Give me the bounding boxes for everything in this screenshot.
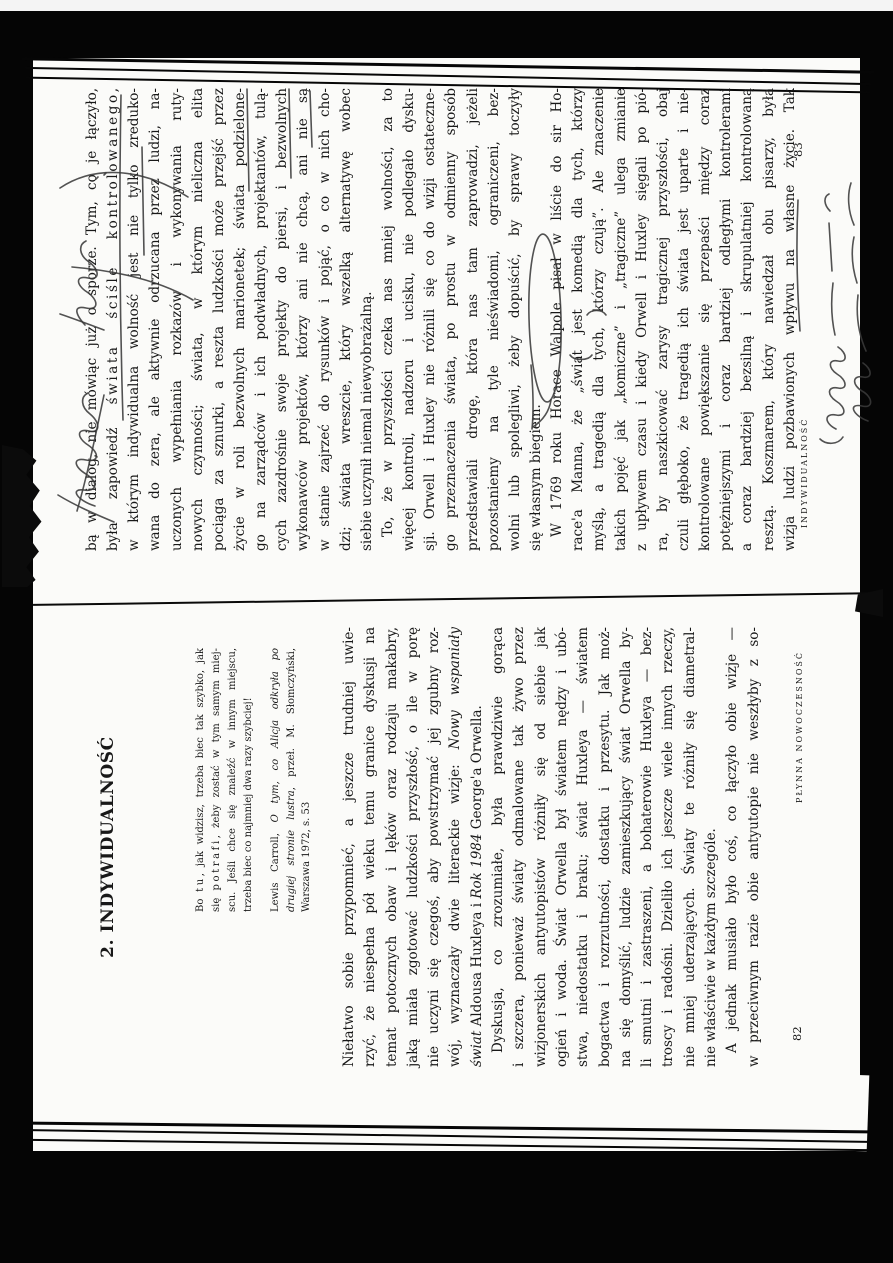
text-line: temat potocznych obaw i lęków oraz rodza… xyxy=(382,627,403,1067)
text-line: race'a Manna, że „świat jest komedią dla… xyxy=(568,88,589,551)
text-line: cych zazdrośnie swoje projekty do piersi… xyxy=(272,88,293,551)
scanned-book-page: 2. INDYWIDUALNOŚĆ Bo tu, jak widzisz, tr… xyxy=(0,0,893,1263)
body-text-right: bą w dialog, nie mówiąc już o sporze. Ty… xyxy=(82,88,801,551)
text-line: uczonych wypełniania rozkazów i wykonywa… xyxy=(167,88,188,551)
text-line: na się domyślić, ludzie zamieszkujący św… xyxy=(616,627,637,1067)
text-line: Dyskusja, co zrozumiałe, była prawdziwie… xyxy=(488,627,509,1067)
text-line: trzeba biec co najmniej dwa razy szybcie… xyxy=(241,648,257,912)
epigraph: Bo tu, jak widzisz, trzeba biec tak szyb… xyxy=(193,648,257,912)
text-line: stwa, niedostatku i braku; świat Huxleya… xyxy=(573,627,594,1067)
text-line: z upływem czasu i kiedy Orwell i Huxley … xyxy=(632,88,653,551)
text-line: życie w roli bezwolnych marionetek; świa… xyxy=(230,88,251,551)
text-line: nie właściwie w każdym szczególe. xyxy=(701,627,722,1067)
text-line: się potrafi, żeby zostać w tym samym mie… xyxy=(209,648,225,912)
text-line: A jednak musiało było coś, co łączyło ob… xyxy=(722,627,743,1067)
text-line: ra, by naszkicować zarysy tragicznej prz… xyxy=(653,88,674,551)
page-number-82: 82 xyxy=(790,1026,804,1041)
text-line: w przeciwnym razie obie antyutopie nie w… xyxy=(744,627,765,1067)
text-line: resztą. Koszmarem, który nawiedzał obu p… xyxy=(759,88,780,551)
text-line: była zapowiedź świata ściśle kontrolowan… xyxy=(103,88,124,551)
text-line: drugiej stronie lustra, przeł. M. Słomcz… xyxy=(284,648,300,912)
text-line: To, że w przyszłości czeka nas mniej wol… xyxy=(378,88,399,551)
text-line: W 1769 roku Horace Walpole pisał w liści… xyxy=(547,88,568,551)
text-line: wój, wyznaczały dwie literackie wizje: N… xyxy=(445,627,466,1067)
text-line: li smutni i zastraszeni, a bohaterowie H… xyxy=(637,627,658,1067)
text-line: się własnym biegiem. xyxy=(526,88,547,551)
chapter-heading: 2. INDYWIDUALNOŚĆ xyxy=(98,626,118,1068)
text-line: jaką miała zgotować ludzkości przyszłość… xyxy=(403,627,424,1067)
text-line: pociąga za sznurki, a reszta ludzkości m… xyxy=(209,88,230,551)
text-line: potężniejszymi i coraz bardziej odległym… xyxy=(716,88,737,551)
text-line: kontrolowane powiększanie się przepaści … xyxy=(695,88,716,551)
text-line: nowych czynności; świata, w którym nieli… xyxy=(188,88,209,551)
text-line: rzyć, że niespełna pół wieku temu granic… xyxy=(360,627,381,1067)
page-number-83: 83 xyxy=(791,142,805,157)
text-line: bą w dialog, nie mówiąc już o sporze. Ty… xyxy=(82,88,103,551)
text-line: ogień i woda. Świat Orwella był światem … xyxy=(552,627,573,1067)
text-line: dzi; świata wreszcie, który wszelką alte… xyxy=(336,88,357,551)
text-line: wolni lub spolegliwi, żeby dopuścić, by … xyxy=(505,88,526,551)
text-line: Lewis Carroll, O tym, co Alicja odkryła … xyxy=(268,648,284,912)
text-line: pozostaniemy na tyle nieświadomi, ograni… xyxy=(484,88,505,551)
text-line: wizja ludzi pozbawionych wpływu na własn… xyxy=(780,88,801,551)
text-line: i szczera, ponieważ światy odmalowane ta… xyxy=(509,627,530,1067)
text-line: scu. Jeśli chce się znaleźć w innym miej… xyxy=(225,648,241,912)
scanner-edge-strip xyxy=(0,0,893,11)
text-line: go przeznaczenia świata, po prostu w odm… xyxy=(441,88,462,551)
text-line: Niełatwo sobie przypomnieć, a jeszcze tr… xyxy=(339,627,360,1067)
text-line: Warszawa 1972, s. 53 xyxy=(299,648,315,912)
text-line: a coraz bardziej bezsilną i skrupulatnie… xyxy=(737,88,758,551)
text-line: siebie uczynił niemal niewyobrażalną. xyxy=(357,88,378,551)
text-line: bogactwa i rozrzutności, dostatku i prze… xyxy=(595,627,616,1067)
text-line: więcej kontroli, nadzoru i ucisku, nie p… xyxy=(399,88,420,551)
text-line: w którym indywidualna wolność jest nie t… xyxy=(124,88,145,551)
text-line: wizjonerskich antyutopistów różniły się … xyxy=(531,627,552,1067)
body-text-left: Niełatwo sobie przypomnieć, a jeszcze tr… xyxy=(339,627,765,1067)
text-line: nie uczyni się czegoś, aby powstrzymać j… xyxy=(424,627,445,1067)
text-line: świat Aldousa Huxleya i Rok 1984 George'… xyxy=(467,627,488,1067)
text-line: czuli głęboko, że tragedią ich świata je… xyxy=(674,88,695,551)
text-line: troscy i radośni. Dzieliło ich jeszcze w… xyxy=(658,627,679,1067)
text-line: takich pojęć jak „komiczne” i „tragiczne… xyxy=(611,88,632,551)
epigraph-citation: Lewis Carroll, O tym, co Alicja odkryła … xyxy=(268,648,315,912)
text-line: wana do zera, ale aktywnie odrzucana prz… xyxy=(145,88,166,551)
text-line: sji. Orwell i Huxley nie różnili się co … xyxy=(420,88,441,551)
text-line: go na zarządców i ich podwładnych, proje… xyxy=(251,88,272,551)
running-title-right: INDYWIDUALNOŚĆ xyxy=(800,418,809,528)
text-line: nie mniej uderzających. Światy te różnił… xyxy=(680,627,701,1067)
text-line: przedstawiali drogę, która nas tam zapro… xyxy=(463,88,484,551)
book-spread-rotated: 2. INDYWIDUALNOŚĆ Bo tu, jak widzisz, tr… xyxy=(0,0,893,1263)
text-line: w stanie zajrzeć do rysunków i pojąć, o … xyxy=(315,88,336,551)
running-title-left: PŁYNNA NOWOCZESNOŚĆ xyxy=(795,651,804,843)
text-line: Bo tu, jak widzisz, trzeba biec tak szyb… xyxy=(193,648,209,912)
text-line: myślą, a tragedią dla tych, którzy czują… xyxy=(589,88,610,551)
text-line: wykonawców projektów, którzy ani nie chc… xyxy=(293,88,314,551)
